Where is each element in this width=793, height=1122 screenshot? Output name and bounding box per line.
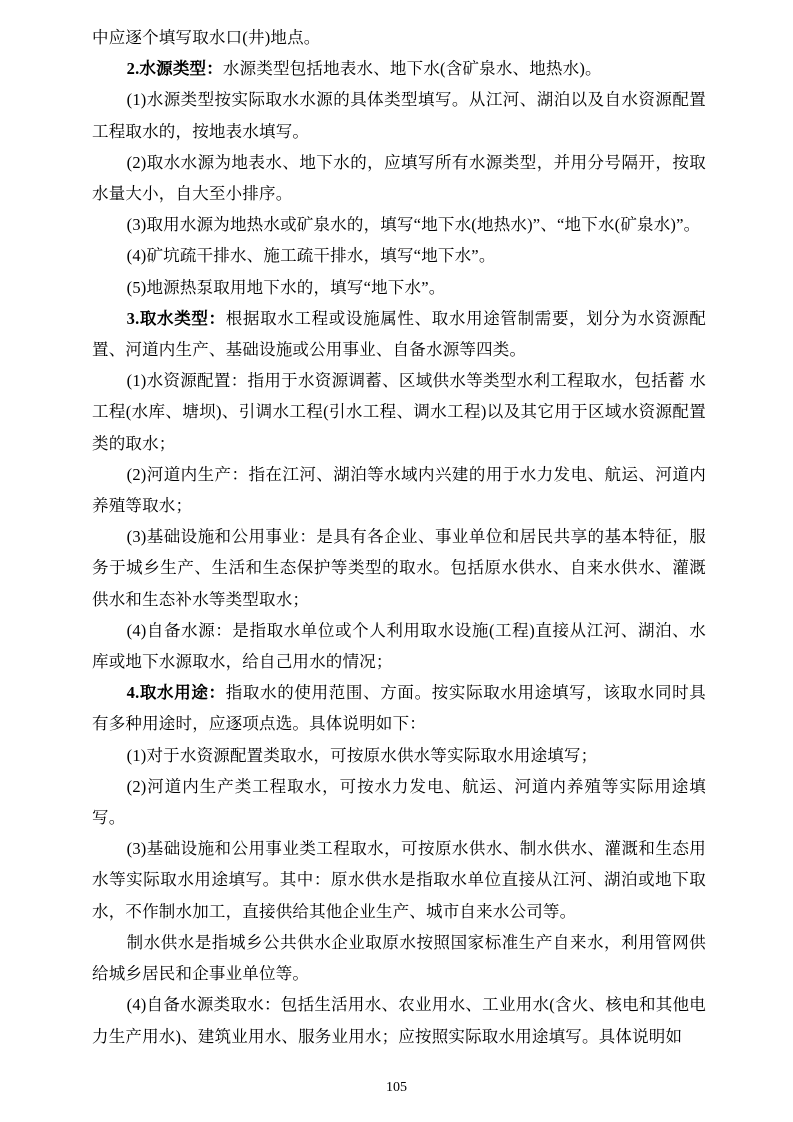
paragraph: (2)取水水源为地表水、地下水的，应填写所有水源类型，并用分号隔开，按取水量大小… xyxy=(92,147,706,209)
paragraph-text-run: 中应逐个填写取水口(井)地点。 xyxy=(92,28,321,47)
paragraph-text-run: (5)地源热泵取用地下水的，填写“地下水”。 xyxy=(127,278,446,297)
paragraph-text-run: (1)对于水资源配置类取水，可按原水供水等实际取水用途填写； xyxy=(127,746,598,765)
paragraph: (4)矿坑疏干排水、施工疏干排水，填写“地下水”。 xyxy=(92,240,706,271)
paragraph: (1)对于水资源配置类取水，可按原水供水等实际取水用途填写； xyxy=(92,740,706,771)
paragraph: 中应逐个填写取水口(井)地点。 xyxy=(92,22,706,53)
paragraph: (5)地源热泵取用地下水的，填写“地下水”。 xyxy=(92,272,706,303)
page-number: 105 xyxy=(386,1080,407,1095)
paragraph-text-run: (2)取水水源为地表水、地下水的，应填写所有水源类型，并用分号隔开，按取水量大小… xyxy=(92,153,706,203)
paragraph: (3)基础设施和公用事业：是具有各企业、事业单位和居民共享的基本特征，服务于城乡… xyxy=(92,521,706,615)
document-body: 中应逐个填写取水口(井)地点。2.水源类型：水源类型包括地表水、地下水(含矿泉水… xyxy=(92,22,706,1052)
paragraph-text-run: (1)水源类型按实际取水水源的具体类型填写。从江河、湖泊以及自水资源配置工程取水… xyxy=(92,90,706,140)
paragraph-text-run: (3)基础设施和公用事业：是具有各企业、事业单位和居民共享的基本特征，服务于城乡… xyxy=(92,527,706,608)
paragraph-text-run: (1)水资源配置：指用于水资源调蓄、区域供水等类型水利工程取水，包括蓄 水工程(… xyxy=(92,371,706,452)
paragraph: (4)自备水源类取水：包括生活用水、农业用水、工业用水(含火、核电和其他电力生产… xyxy=(92,989,706,1051)
paragraph-text-run: 水源类型包括地表水、地下水(含矿泉水、地热水)。 xyxy=(223,59,602,78)
paragraph-text-run: (4)自备水源类取水：包括生活用水、农业用水、工业用水(含火、核电和其他电力生产… xyxy=(92,995,706,1045)
paragraph-heading-run: 2.水源类型： xyxy=(127,59,223,78)
paragraph-text-run: (3)取用水源为地热水或矿泉水的，填写“地下水(地热水)”、“地下水(矿泉水)”… xyxy=(127,215,701,234)
page-footer: 105 xyxy=(0,1078,793,1098)
paragraph: (2)河道内生产类工程取水，可按水力发电、航运、河道内养殖等实际用途填写。 xyxy=(92,771,706,833)
paragraph: (4)自备水源：是指取水单位或个人利用取水设施(工程)直接从江河、湖泊、水库或地… xyxy=(92,615,706,677)
paragraph: (3)基础设施和公用事业类工程取水，可按原水供水、制水供水、灌溉和生态用水等实际… xyxy=(92,833,706,927)
paragraph-text-run: 制水供水是指城乡公共供水企业取原水按照国家标准生产自来水，利用管网供给城乡居民和… xyxy=(92,933,706,983)
paragraph-text-run: (3)基础设施和公用事业类工程取水，可按原水供水、制水供水、灌溉和生态用水等实际… xyxy=(92,839,706,920)
paragraph-text-run: (4)自备水源：是指取水单位或个人利用取水设施(工程)直接从江河、湖泊、水库或地… xyxy=(92,621,706,671)
paragraph-text-run: (2)河道内生产：指在江河、湖泊等水域内兴建的用于水力发电、航运、河道内养殖等取… xyxy=(92,465,706,515)
paragraph-text-run: (2)河道内生产类工程取水，可按水力发电、航运、河道内养殖等实际用途填写。 xyxy=(92,777,706,827)
paragraph-heading-run: 3.取水类型： xyxy=(127,309,226,328)
paragraph: 制水供水是指城乡公共供水企业取原水按照国家标准生产自来水，利用管网供给城乡居民和… xyxy=(92,927,706,989)
paragraph: 4.取水用途：指取水的使用范围、方面。按实际取水用途填写，该取水同时具有多种用途… xyxy=(92,677,706,739)
paragraph: (1)水源类型按实际取水水源的具体类型填写。从江河、湖泊以及自水资源配置工程取水… xyxy=(92,84,706,146)
paragraph: (2)河道内生产：指在江河、湖泊等水域内兴建的用于水力发电、航运、河道内养殖等取… xyxy=(92,459,706,521)
paragraph: 2.水源类型：水源类型包括地表水、地下水(含矿泉水、地热水)。 xyxy=(92,53,706,84)
paragraph: 3.取水类型：根据取水工程或设施属性、取水用途管制需要，划分为水资源配置、河道内… xyxy=(92,303,706,365)
document-page: { "page": { "number": "105" }, "paragrap… xyxy=(0,0,793,1122)
paragraph-text-run: (4)矿坑疏干排水、施工疏干排水，填写“地下水”。 xyxy=(127,246,496,265)
paragraph: (1)水资源配置：指用于水资源调蓄、区域供水等类型水利工程取水，包括蓄 水工程(… xyxy=(92,365,706,459)
paragraph: (3)取用水源为地热水或矿泉水的，填写“地下水(地热水)”、“地下水(矿泉水)”… xyxy=(92,209,706,240)
paragraph-heading-run: 4.取水用途： xyxy=(127,683,226,702)
